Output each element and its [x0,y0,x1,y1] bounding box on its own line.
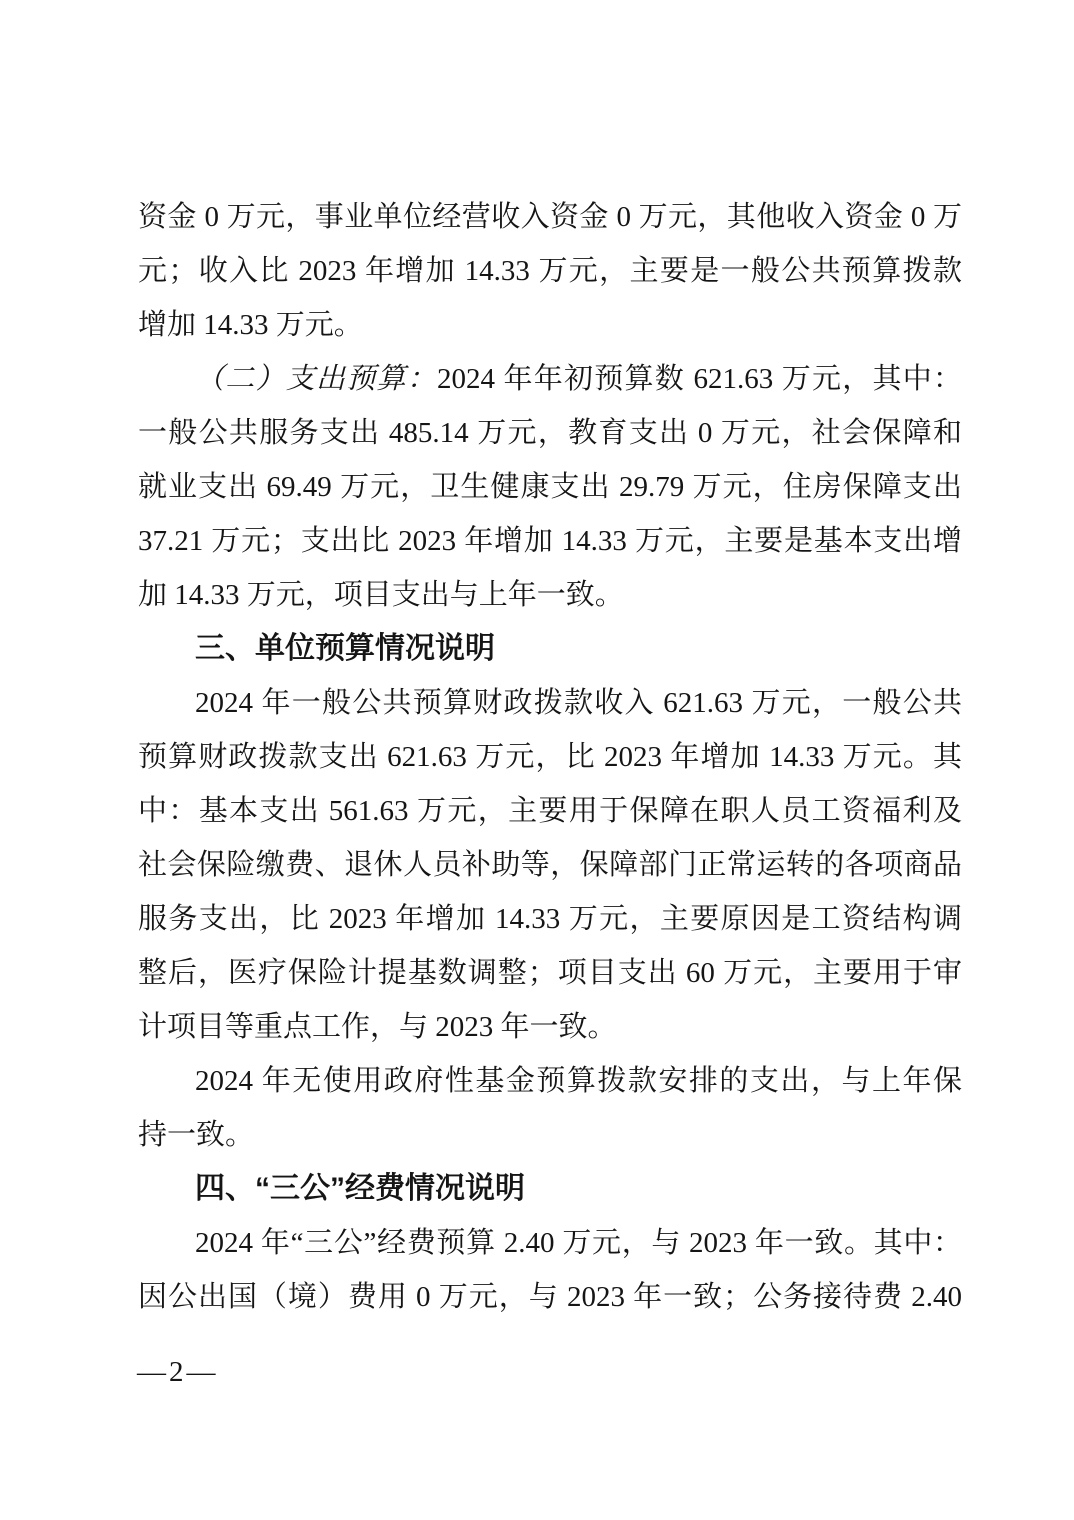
paragraph-budget-detail: 2024 年一般公共预算财政拨款收入 621.63 万元，一般公共 预算财政拨款… [138,676,962,1054]
text-line: 37.21 万元；支出比 2023 年增加 14.33 万元，主要是基本支出增 [138,514,962,568]
text-line: 预算财政拨款支出 621.63 万元，比 2023 年增加 14.33 万元。其 [138,730,962,784]
paragraph-government-fund: 2024 年无使用政府性基金预算拨款安排的支出，与上年保 持一致。 [138,1054,962,1162]
text-line: 因公出国（境）费用 0 万元，与 2023 年一致；公务接待费 2.40 [138,1270,962,1324]
text-line: 中：基本支出 561.63 万元，主要用于保障在职人员工资福利及 [138,784,962,838]
text-line: 增加 14.33 万元。 [138,298,962,352]
section-heading-unit-budget: 三、单位预算情况说明 [138,622,962,676]
paragraph-expenditure-budget: （二）支出预算：2024 年年初预算数 621.63 万元，其中： 一般公共服务… [138,352,962,622]
text-line: 2024 年无使用政府性基金预算拨款安排的支出，与上年保 [138,1054,962,1108]
subsection-lead: （二）支出预算： [195,363,437,395]
line-rest: 2024 年年初预算数 621.63 万元，其中： [437,363,962,395]
text-line: 加 14.33 万元，项目支出与上年一致。 [138,568,962,622]
text-line: 服务支出，比 2023 年增加 14.33 万元，主要原因是工资结构调 [138,892,962,946]
page-number: —2— [137,1352,219,1392]
text-line: 持一致。 [138,1108,962,1162]
section-heading-three-public: 四、“三公”经费情况说明 [138,1162,962,1216]
text-line: 一般公共服务支出 485.14 万元，教育支出 0 万元，社会保障和 [138,406,962,460]
text-line: 整后，医疗保险计提基数调整；项目支出 60 万元，主要用于审 [138,946,962,1000]
paragraph-three-public-expense: 2024 年“三公”经费预算 2.40 万元，与 2023 年一致。其中： 因公… [138,1216,962,1324]
text-line: 资金 0 万元，事业单位经营收入资金 0 万元，其他收入资金 0 万 [138,190,962,244]
text-line: 就业支出 69.49 万元，卫生健康支出 29.79 万元，住房保障支出 [138,460,962,514]
text-line: 2024 年一般公共预算财政拨款收入 621.63 万元，一般公共 [138,676,962,730]
text-line: （二）支出预算：2024 年年初预算数 621.63 万元，其中： [138,352,962,406]
paragraph-income-continuation: 资金 0 万元，事业单位经营收入资金 0 万元，其他收入资金 0 万 元；收入比… [138,190,962,352]
text-line: 计项目等重点工作，与 2023 年一致。 [138,1000,962,1054]
document-page: 资金 0 万元，事业单位经营收入资金 0 万元，其他收入资金 0 万 元；收入比… [0,0,1074,1520]
text-line: 社会保险缴费、退休人员补助等，保障部门正常运转的各项商品 [138,838,962,892]
text-line: 2024 年“三公”经费预算 2.40 万元，与 2023 年一致。其中： [138,1216,962,1270]
text-line: 元；收入比 2023 年增加 14.33 万元，主要是一般公共预算拨款 [138,244,962,298]
document-body: 资金 0 万元，事业单位经营收入资金 0 万元，其他收入资金 0 万 元；收入比… [138,190,962,1324]
